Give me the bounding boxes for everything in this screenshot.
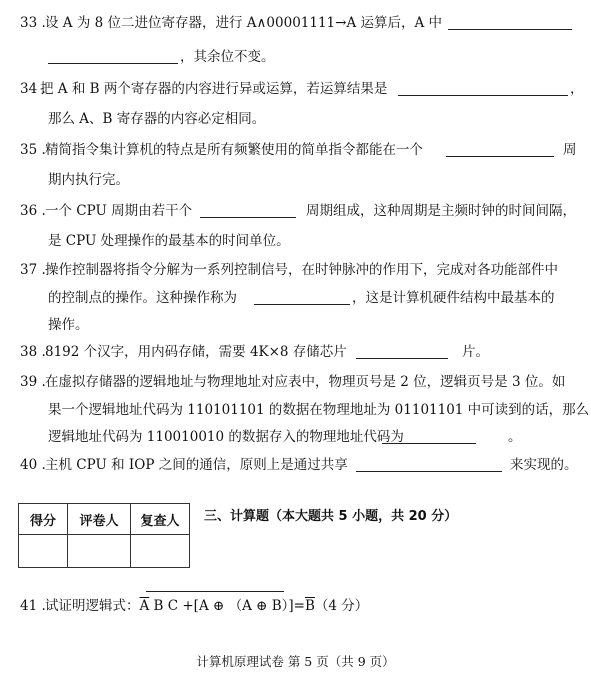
question-text: 来实现的。 (510, 456, 578, 474)
answer-blank[interactable] (382, 431, 476, 444)
question-number: 35 . (20, 141, 46, 159)
punctuation: ， (570, 80, 584, 98)
question-number: 39 . (20, 373, 46, 391)
answer-blank[interactable] (446, 144, 554, 157)
page-footer: 计算机原理试卷 第 5 页（共 9 页） (0, 652, 591, 670)
punctuation: 。 (508, 428, 522, 446)
question-text: 果一个逻辑地址代码为 110101101 的数据在物理地址为 01101101 … (48, 401, 589, 419)
question-text: ，这是计算机硬件结构中最基本的 (352, 289, 555, 307)
formula-mid: B C +[A ⊕ （A ⊕ B）]= (149, 598, 305, 614)
question-number: 36 . (20, 202, 46, 220)
reviewer-header: 复查人 (131, 504, 190, 535)
question-number: 38 . (20, 343, 46, 361)
question-number: 40 . (20, 456, 46, 474)
question-text: 逻辑地址代码为 110010010 的数据存入的物理地址代码为 (48, 428, 404, 446)
question-text: 在虚拟存储器的逻辑地址与物理地址对应表中，物理页号是 2 位，逻辑页号是 3 位… (45, 373, 565, 391)
question-text: 是 CPU 处理操作的最基本的时间单位。 (48, 232, 290, 250)
formula-b-bar: B (305, 598, 315, 614)
answer-blank[interactable] (200, 205, 296, 218)
answer-blank[interactable] (398, 83, 568, 96)
grader-header: 评卷人 (68, 504, 131, 535)
section-title: 三、计算题（本大题共 5 小题，共 20 分） (204, 505, 457, 524)
formula: 试证明逻辑式：A B C +[A ⊕ （A ⊕ B）]=B（4 分） (45, 597, 368, 615)
answer-blank[interactable] (254, 292, 350, 305)
question-text: 精简指令集计算机的特点是所有频繁使用的简单指令都能在一个 (45, 141, 423, 159)
question-number: 33 . (20, 14, 46, 32)
question-text: 一个 CPU 周期由若干个 (45, 202, 192, 220)
answer-blank[interactable] (448, 17, 572, 30)
formula-points: （4 分） (315, 598, 368, 614)
question-number: 41 . (20, 597, 46, 615)
question-text: ，其余位不变。 (180, 48, 275, 66)
question-text: 期内执行完。 (48, 171, 129, 189)
question-text: 的控制点的操作。这种操作称为 (48, 289, 237, 307)
question-text: 设 A 为 8 位二进位寄存器，进行 A∧00001111→A 运算后，A 中 (45, 14, 442, 32)
reviewer-cell[interactable] (131, 535, 190, 568)
answer-blank[interactable] (356, 459, 502, 472)
score-table: 得分 评卷人 复查人 (18, 503, 190, 568)
formula-prefix: 试证明逻辑式： (45, 598, 140, 614)
question-text: 周期组成，这种周期是主频时钟的时间间隔， (306, 202, 576, 220)
score-header: 得分 (19, 504, 68, 535)
question-text: 把 A 和 B 两个寄存器的内容进行异或运算，若运算结果是 (40, 80, 387, 98)
formula-overline (146, 591, 284, 592)
question-text: 8192 个汉字，用内码存储，需要 4K×8 存储芯片 (45, 343, 347, 361)
question-text: 片。 (462, 343, 489, 361)
score-cell[interactable] (19, 535, 68, 568)
answer-blank[interactable] (356, 346, 448, 359)
question-text: 操作控制器将指令分解为一系列控制信号，在时钟脉冲的作用下，完成对各功能部件中 (45, 261, 558, 279)
question-text: 主机 CPU 和 IOP 之间的通信，原则上是通过共享 (45, 456, 348, 474)
question-text: 周 (563, 141, 577, 159)
question-number: 37 . (20, 261, 46, 279)
question-text: 操作。 (48, 316, 89, 334)
answer-blank[interactable] (48, 51, 178, 64)
formula-a-bar: A (140, 598, 150, 614)
question-text: 那么 A、B 寄存器的内容必定相同。 (48, 110, 265, 128)
grader-cell[interactable] (68, 535, 131, 568)
